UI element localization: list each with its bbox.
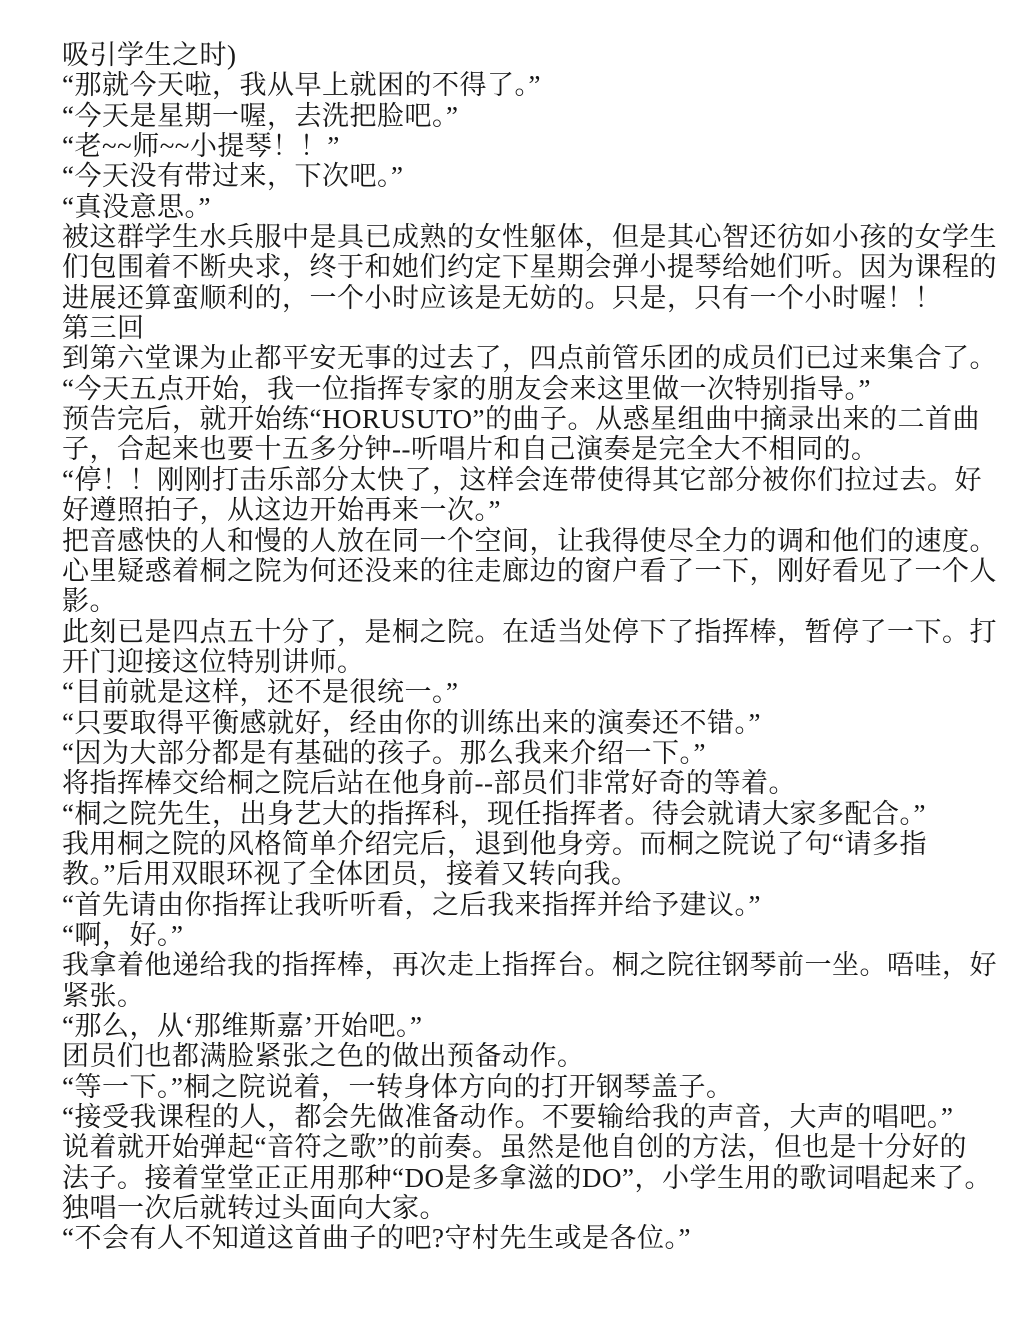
text-line: “老~~师~~小提琴！！” <box>62 131 981 161</box>
text-line: “今天没有带过来，下次吧。” <box>62 161 981 191</box>
text-line: “停！！刚刚打击乐部分太快了，这样会连带使得其它部分被你们拉过去。好 <box>62 465 981 495</box>
text-line: 紧张。 <box>62 981 981 1011</box>
text-line: 们包围着不断央求，终于和她们约定下星期会弹小提琴给她们听。因为课程的 <box>62 252 981 282</box>
text-line: 影。 <box>62 586 981 616</box>
text-line: “那就今天啦，我从早上就困的不得了。” <box>62 70 981 100</box>
text-line: “目前就是这样，还不是很统一。” <box>62 677 981 707</box>
text-line: 此刻已是四点五十分了，是桐之院。在适当处停下了指挥棒，暂停了一下。打 <box>62 617 981 647</box>
text-line: 好遵照拍子，从这边开始再来一次。” <box>62 495 981 525</box>
text-line: 开门迎接这位特别讲师。 <box>62 647 981 677</box>
text-line: 我用桐之院的风格简单介绍完后，退到他身旁。而桐之院说了句“请多指 <box>62 829 981 859</box>
text-line: “等一下。”桐之院说着，一转身体方向的打开钢琴盖子。 <box>62 1072 981 1102</box>
text-line: 教。”后用双眼环视了全体团员，接着又转向我。 <box>62 859 981 889</box>
text-line: 预告完后，就开始练“HORUSUTO”的曲子。从惑星组曲中摘录出来的二首曲 <box>62 404 981 434</box>
text-line: 吸引学生之时) <box>62 40 981 70</box>
text-line: “接受我课程的人，都会先做准备动作。不要输给我的声音，大声的唱吧。” <box>62 1102 981 1132</box>
text-line: 团员们也都满脸紧张之色的做出预备动作。 <box>62 1041 981 1071</box>
document-page: 吸引学生之时)“那就今天啦，我从早上就困的不得了。”“今天是星期一喔，去洗把脸吧… <box>0 0 1021 1321</box>
text-line: 独唱一次后就转过头面向大家。 <box>62 1193 981 1223</box>
text-line: 被这群学生水兵服中是具已成熟的女性躯体，但是其心智还彷如小孩的女学生 <box>62 222 981 252</box>
text-line: 子，合起来也要十五多分钟--听唱片和自己演奏是完全大不相同的。 <box>62 434 981 464</box>
text-line: “今天五点开始，我一位指挥专家的朋友会来这里做一次特别指导。” <box>62 374 981 404</box>
text-line: 我拿着他递给我的指挥棒，再次走上指挥台。桐之院往钢琴前一坐。唔哇，好 <box>62 950 981 980</box>
text-line: “因为大部分都是有基础的孩子。那么我来介绍一下。” <box>62 738 981 768</box>
text-line: “只要取得平衡感就好，经由你的训练出来的演奏还不错。” <box>62 708 981 738</box>
text-line: 把音感快的人和慢的人放在同一个空间，让我得使尽全力的调和他们的速度。 <box>62 526 981 556</box>
text-line: “桐之院先生，出身艺大的指挥科，现任指挥者。待会就请大家多配合。” <box>62 799 981 829</box>
text-body: 吸引学生之时)“那就今天啦，我从早上就困的不得了。”“今天是星期一喔，去洗把脸吧… <box>0 0 1021 1254</box>
text-line: 到第六堂课为止都平安无事的过去了，四点前管乐团的成员们已过来集合了。 <box>62 343 981 373</box>
text-line: 法子。接着堂堂正正用那种“DO是多拿滋的DO”，小学生用的歌词唱起来了。 <box>62 1163 981 1193</box>
text-line: “真没意思。” <box>62 192 981 222</box>
text-line: “那么，从‘那维斯嘉’开始吧。” <box>62 1011 981 1041</box>
text-line: 心里疑惑着桐之院为何还没来的往走廊边的窗户看了一下，刚好看见了一个人 <box>62 556 981 586</box>
text-line: 说着就开始弹起“音符之歌”的前奏。虽然是他自创的方法，但也是十分好的 <box>62 1132 981 1162</box>
text-line: “首先请由你指挥让我听听看，之后我来指挥并给予建议。” <box>62 890 981 920</box>
text-line: “今天是星期一喔，去洗把脸吧。” <box>62 101 981 131</box>
text-line: 第三回 <box>62 313 981 343</box>
text-line: “不会有人不知道这首曲子的吧?守村先生或是各位。” <box>62 1223 981 1253</box>
text-line: “啊，好。” <box>62 920 981 950</box>
text-line: 将指挥棒交给桐之院后站在他身前--部员们非常好奇的等着。 <box>62 768 981 798</box>
text-line: 进展还算蛮顺利的，一个小时应该是无妨的。只是，只有一个小时喔！！ <box>62 283 981 313</box>
